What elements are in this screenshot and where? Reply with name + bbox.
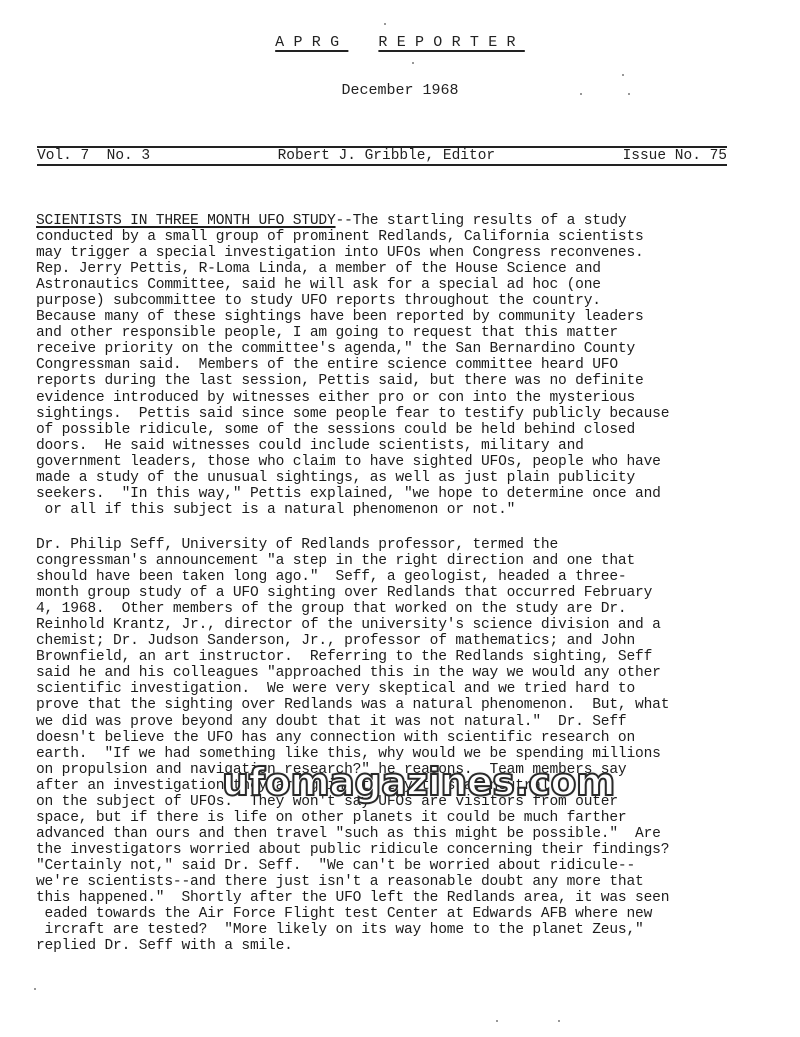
article-line: the investigators worried about public r… — [36, 842, 776, 858]
article-line: chemist; Dr. Judson Sanderson, Jr., prof… — [36, 633, 776, 649]
article-line: Congressman said. Members of the entire … — [36, 357, 776, 373]
article-line: may trigger a special investigation into… — [36, 245, 776, 261]
article-line: Reinhold Krantz, Jr., director of the un… — [36, 617, 776, 633]
scan-speck — [622, 74, 624, 76]
article-line: purpose) subcommittee to study UFO repor… — [36, 293, 776, 309]
article-line: this happened." Shortly after the UFO le… — [36, 890, 776, 906]
article-line: made a study of the unusual sightings, a… — [36, 470, 776, 486]
issue-info-bar: Vol. 7 No. 3 Robert J. Gribble, Editor I… — [37, 146, 727, 166]
article-line: Dr. Philip Seff, University of Redlands … — [36, 537, 776, 553]
scan-speck — [34, 988, 36, 990]
scan-speck — [580, 93, 582, 95]
masthead-word-reporter: REPORTER — [378, 34, 524, 51]
article-line: we're scientists--and there just isn't a… — [36, 874, 776, 890]
article-line: doors. He said witnesses could include s… — [36, 438, 776, 454]
article-line: Astronautics Committee, said he will ask… — [36, 277, 776, 293]
article-line: 4, 1968. Other members of the group that… — [36, 601, 776, 617]
article-line: Because many of these sightings have bee… — [36, 309, 776, 325]
article-line: Rep. Jerry Pettis, R-Loma Linda, a membe… — [36, 261, 776, 277]
article-line: advanced than ours and then travel "such… — [36, 826, 776, 842]
article-seff-interview: Dr. Philip Seff, University of Redlands … — [36, 537, 776, 954]
article-line: of possible ridicule, some of the sessio… — [36, 422, 776, 438]
editor-credit: Robert J. Gribble, Editor — [278, 148, 496, 164]
article-line: doesn't believe the UFO has any connecti… — [36, 730, 776, 746]
article-line: space, but if there is life on other pla… — [36, 810, 776, 826]
article-line: evidence introduced by witnesses either … — [36, 390, 776, 406]
article-line: and other responsible people, I am going… — [36, 325, 776, 341]
newsletter-masthead: APRGREPORTER — [0, 34, 800, 51]
volume-number: Vol. 7 No. 3 — [37, 148, 150, 164]
article-line: month group study of a UFO sighting over… — [36, 585, 776, 601]
article-line: should have been taken long ago." Seff, … — [36, 569, 776, 585]
scan-speck — [384, 23, 386, 25]
article-line: sightings. Pettis said since some people… — [36, 406, 776, 422]
issue-number: Issue No. 75 — [623, 148, 727, 164]
article-line: we did was prove beyond any doubt that i… — [36, 714, 776, 730]
site-watermark: ufomagazines.com — [222, 758, 582, 806]
article-scientists-ufo-study: SCIENTISTS IN THREE MONTH UFO STUDY--The… — [36, 213, 776, 518]
scan-speck — [628, 93, 630, 95]
scan-speck — [558, 1020, 560, 1022]
masthead-word-aprg: APRG — [275, 34, 348, 51]
article-line: SCIENTISTS IN THREE MONTH UFO STUDY--The… — [36, 213, 776, 229]
article-line: eaded towards the Air Force Flight test … — [36, 906, 776, 922]
article-line: or all if this subject is a natural phen… — [36, 502, 776, 518]
article-line: congressman's announcement "a step in th… — [36, 553, 776, 569]
article-line: prove that the sighting over Redlands wa… — [36, 697, 776, 713]
article-line: said he and his colleagues "approached t… — [36, 665, 776, 681]
article-line: "Certainly not," said Dr. Seff. "We can'… — [36, 858, 776, 874]
article-line: receive priority on the committee's agen… — [36, 341, 776, 357]
article-line: ircraft are tested? "More likely on its … — [36, 922, 776, 938]
scan-speck — [496, 1020, 498, 1022]
article-line: conducted by a small group of prominent … — [36, 229, 776, 245]
article-line: reports during the last session, Pettis … — [36, 373, 776, 389]
article-line: scientific investigation. We were very s… — [36, 681, 776, 697]
article-line: Brownfield, an art instructor. Referring… — [36, 649, 776, 665]
scan-speck — [412, 62, 414, 64]
document-page: APRGREPORTER December 1968 Vol. 7 No. 3 … — [0, 0, 800, 1037]
article-headline: SCIENTISTS IN THREE MONTH UFO STUDY — [36, 213, 336, 229]
article-line: seekers. "In this way," Pettis explained… — [36, 486, 776, 502]
article-line: replied Dr. Seff with a smile. — [36, 938, 776, 954]
article-line: government leaders, those who claim to h… — [36, 454, 776, 470]
issue-date: December 1968 — [0, 82, 800, 99]
